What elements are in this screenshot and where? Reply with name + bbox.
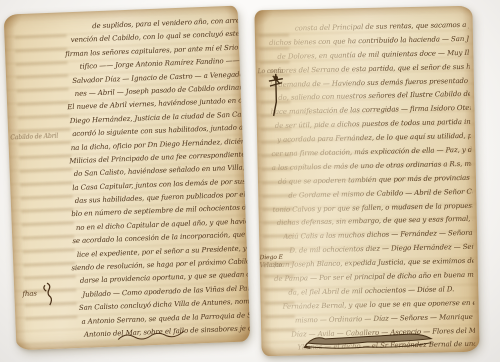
signature-rubric-icon <box>303 331 435 352</box>
paper-surface-right: consta del Principal de sus rentas, que … <box>254 6 479 356</box>
margin-note-velazco-2: Velazco <box>260 262 282 269</box>
margin-note-velazco-1: Diego E <box>260 254 283 261</box>
margin-note-cabildo: Cabildo de Abril <box>10 133 58 142</box>
margin-note-fhas: fhas <box>22 290 37 299</box>
paragraph-flourish-icon <box>40 281 55 308</box>
manuscript-page-left: de suplidos, para el venidero año, con a… <box>4 6 251 351</box>
manuscript-page-right: consta del Principal de sus rentas, que … <box>254 6 479 356</box>
manuscript-photo: de suplidos, para el venidero año, con a… <box>0 0 500 362</box>
handwritten-text-block-left: de suplidos, para el venidero año, con a… <box>60 17 250 345</box>
paper-surface-left: de suplidos, para el venidero año, con a… <box>4 6 251 351</box>
cross-dagger-icon <box>266 72 287 118</box>
closing-squiggle-icon <box>116 330 186 345</box>
handwritten-text-block-right: consta del Principal de sus rentas, que … <box>269 19 476 356</box>
